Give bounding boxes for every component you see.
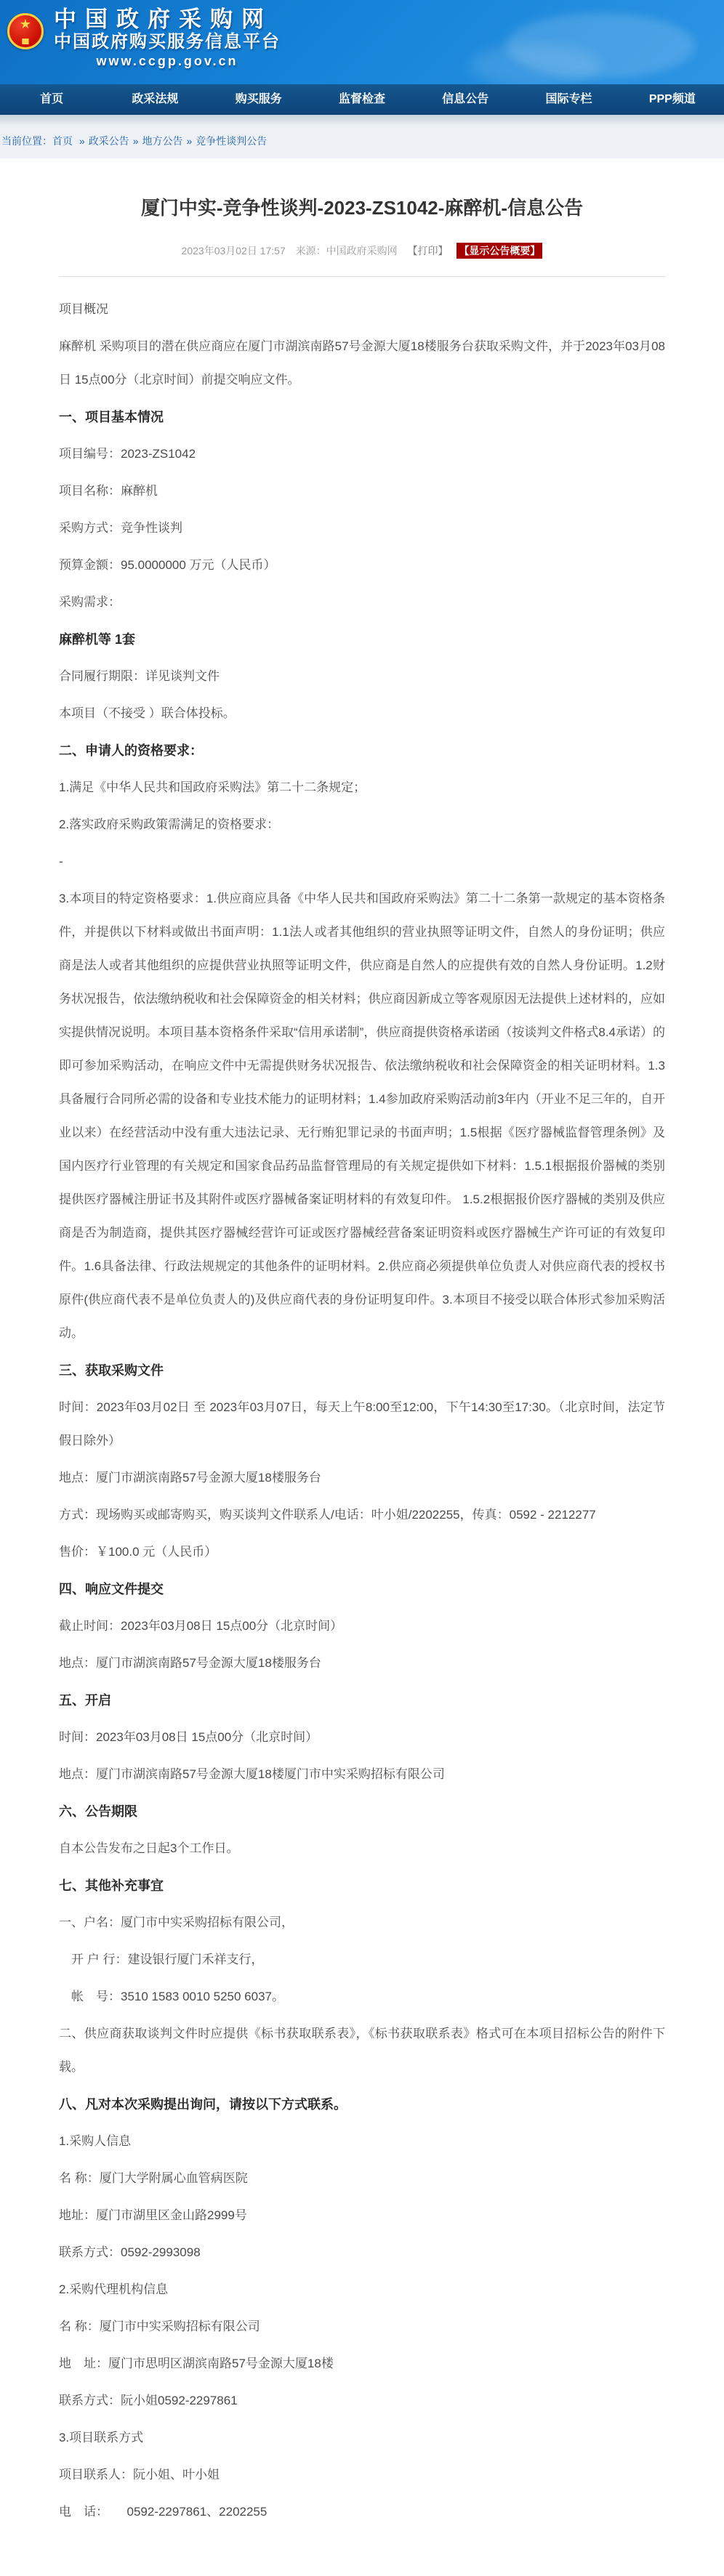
- article: 厦门中实-竞争性谈判-2023-ZS1042-麻醉机-信息公告 2023年03月…: [59, 195, 665, 2576]
- page-title: 厦门中实-竞争性谈判-2023-ZS1042-麻醉机-信息公告: [63, 195, 661, 221]
- section-heading: 一、项目基本情况: [59, 400, 665, 434]
- breadcrumb-link-3[interactable]: 竞争性谈判公告: [196, 135, 267, 147]
- nav-item-1[interactable]: 政采法规: [103, 84, 206, 115]
- publish-datetime: 2023年03月02日 17:57: [182, 245, 286, 257]
- paragraph: 地点：厦门市湖滨南路57号金源大厦18楼服务台: [59, 1647, 665, 1680]
- paragraph: 地 址：厦门市思明区湖滨南路57号金源大厦18楼: [59, 2347, 665, 2381]
- breadcrumb-prefix: 当前位置：: [1, 135, 52, 147]
- paragraph: 采购方式：竞争性谈判: [59, 512, 665, 545]
- breadcrumb-separator: »: [186, 135, 192, 147]
- breadcrumb: 当前位置：首页 »政采公告»地方公告»竞争性谈判公告: [1, 134, 724, 148]
- cloud-decoration: [470, 44, 600, 84]
- paragraph: 地点：厦门市湖滨南路57号金源大厦18楼厦门市中实采购招标有限公司: [59, 1758, 665, 1791]
- paragraph: 二、供应商获取谈判文件时应提供《标书获取联系表》，《标书获取联系表》格式可在本项…: [59, 2017, 665, 2084]
- national-emblem-icon: ★ ▄: [7, 13, 44, 49]
- breadcrumb-strip: 当前位置：首页 »政采公告»地方公告»竞争性谈判公告: [0, 115, 724, 158]
- article-source: 来源：中国政府采购网: [296, 245, 398, 257]
- site-name: 中国政府采购网: [54, 7, 281, 32]
- paragraph: 采购需求：: [59, 586, 665, 619]
- site-subtitle: 中国政府购买服务信息平台: [54, 32, 281, 52]
- paragraph: 项目名称：麻醉机: [59, 475, 665, 508]
- section-heading: 六、公告期限: [59, 1795, 665, 1828]
- section-heading: 麻醉机等 1套: [59, 623, 665, 656]
- article-body: 项目概况麻醉机 采购项目的潜在供应商应在厦门市湖滨南路57号金源大厦18楼服务台…: [59, 293, 665, 2529]
- breadcrumb-links: 首页 »政采公告»地方公告»竞争性谈判公告: [52, 135, 267, 147]
- paragraph: 名 称：厦门大学附属心血管病医院: [59, 2162, 665, 2195]
- breadcrumb-link-2[interactable]: 地方公告: [142, 135, 182, 147]
- paragraph: 2.落实政府采购政策需满足的资格要求：: [59, 808, 665, 841]
- section-heading: 二、申请人的资格要求：: [59, 734, 665, 767]
- site-title-block: 中国政府采购网 中国政府购买服务信息平台 www.ccgp.gov.cn: [54, 7, 281, 70]
- paragraph: 合同履行期限：详见谈判文件: [59, 660, 665, 693]
- show-summary-button[interactable]: 【显示公告概要】: [456, 243, 542, 259]
- paragraph: 电 话： 0592-2297861、2202255: [59, 2495, 665, 2529]
- paragraph: 名 称：厦门市中实采购招标有限公司: [59, 2310, 665, 2343]
- paragraph: 地址：厦门市湖里区金山路2999号: [59, 2199, 665, 2232]
- site-url: www.ccgp.gov.cn: [54, 52, 281, 70]
- breadcrumb-link-1[interactable]: 政采公告: [89, 135, 129, 147]
- divider: [59, 276, 665, 277]
- paragraph: 联系方式：阮小姐0592-2297861: [59, 2384, 665, 2418]
- paragraph: 时间：2023年03月02日 至 2023年03月07日，每天上午8:00至12…: [59, 1391, 665, 1458]
- paragraph: 1.满足《中华人民共和国政府采购法》第二十二条规定；: [59, 771, 665, 804]
- paragraph: -: [59, 845, 665, 879]
- emblem-gate: ▄: [9, 34, 41, 43]
- paragraph: 地点：厦门市湖滨南路57号金源大厦18楼服务台: [59, 1461, 665, 1495]
- section-heading: 五、开启: [59, 1684, 665, 1717]
- section-heading: 四、响应文件提交: [59, 1572, 665, 1606]
- nav-item-0[interactable]: 首页: [0, 84, 103, 115]
- emblem-star: ★: [9, 17, 41, 31]
- paragraph: 本项目（不接受 ）联合体投标。: [59, 697, 665, 730]
- paragraph: 项目概况: [59, 293, 665, 326]
- nav-item-6[interactable]: PPP频道: [621, 84, 724, 115]
- main-nav: 首页政采法规购买服务监督检查信息公告国际专栏PPP频道: [0, 84, 724, 115]
- nav-item-2[interactable]: 购买服务: [207, 84, 310, 115]
- nav-item-5[interactable]: 国际专栏: [517, 84, 620, 115]
- section-heading: 七、其他补充事宜: [59, 1869, 665, 1902]
- paragraph: 时间：2023年03月08日 15点00分（北京时间）: [59, 1721, 665, 1754]
- paragraph: 3.本项目的特定资格要求：1.供应商应具备《中华人民共和国政府采购法》第二十二条…: [59, 882, 665, 1350]
- nav-item-3[interactable]: 监督检查: [310, 84, 414, 115]
- paragraph: 1.采购人信息: [59, 2125, 665, 2158]
- print-button[interactable]: 【打印】: [408, 245, 449, 257]
- paragraph: 自本公告发布之日起3个工作日。: [59, 1832, 665, 1865]
- page: ★ ▄ 中国政府采购网 中国政府购买服务信息平台 www.ccgp.gov.cn…: [0, 0, 724, 2576]
- paragraph: 帐 号：3510 1583 0010 5250 6037。: [59, 1980, 665, 2014]
- breadcrumb-separator: »: [79, 135, 85, 147]
- site-header: ★ ▄ 中国政府采购网 中国政府购买服务信息平台 www.ccgp.gov.cn: [0, 0, 724, 84]
- paragraph: 一、户名：厦门市中实采购招标有限公司，: [59, 1906, 665, 1939]
- paragraph: 预算金额：95.0000000 万元（人民币）: [59, 549, 665, 582]
- paragraph: 截止时间：2023年03月08日 15点00分（北京时间）: [59, 1610, 665, 1643]
- paragraph: 麻醉机 采购项目的潜在供应商应在厦门市湖滨南路57号金源大厦18楼服务台获取采购…: [59, 330, 665, 397]
- nav-item-4[interactable]: 信息公告: [414, 84, 517, 115]
- section-heading: 八、凡对本次采购提出询问，请按以下方式联系。: [59, 2088, 665, 2121]
- paragraph: 方式：现场购买或邮寄购买，购买谈判文件联系人/电话：叶小姐/2202255，传真…: [59, 1498, 665, 1532]
- breadcrumb-separator: »: [133, 135, 139, 147]
- paragraph: 联系方式：0592-2993098: [59, 2236, 665, 2269]
- paragraph: 3.项目联系方式: [59, 2421, 665, 2455]
- paragraph: 项目联系人：阮小姐、叶小姐: [59, 2458, 665, 2492]
- breadcrumb-link-0[interactable]: 首页: [52, 135, 73, 147]
- paragraph: 开 户 行：建设银行厦门禾祥支行，: [59, 1943, 665, 1977]
- article-meta: 2023年03月02日 17:57 来源：中国政府采购网 【打印】 【显示公告概…: [59, 243, 665, 259]
- section-heading: 三、获取采购文件: [59, 1354, 665, 1387]
- paragraph: 售价：￥100.0 元（人民币）: [59, 1535, 665, 1569]
- paragraph: 项目编号：2023-ZS1042: [59, 437, 665, 471]
- paragraph: 2.采购代理机构信息: [59, 2273, 665, 2306]
